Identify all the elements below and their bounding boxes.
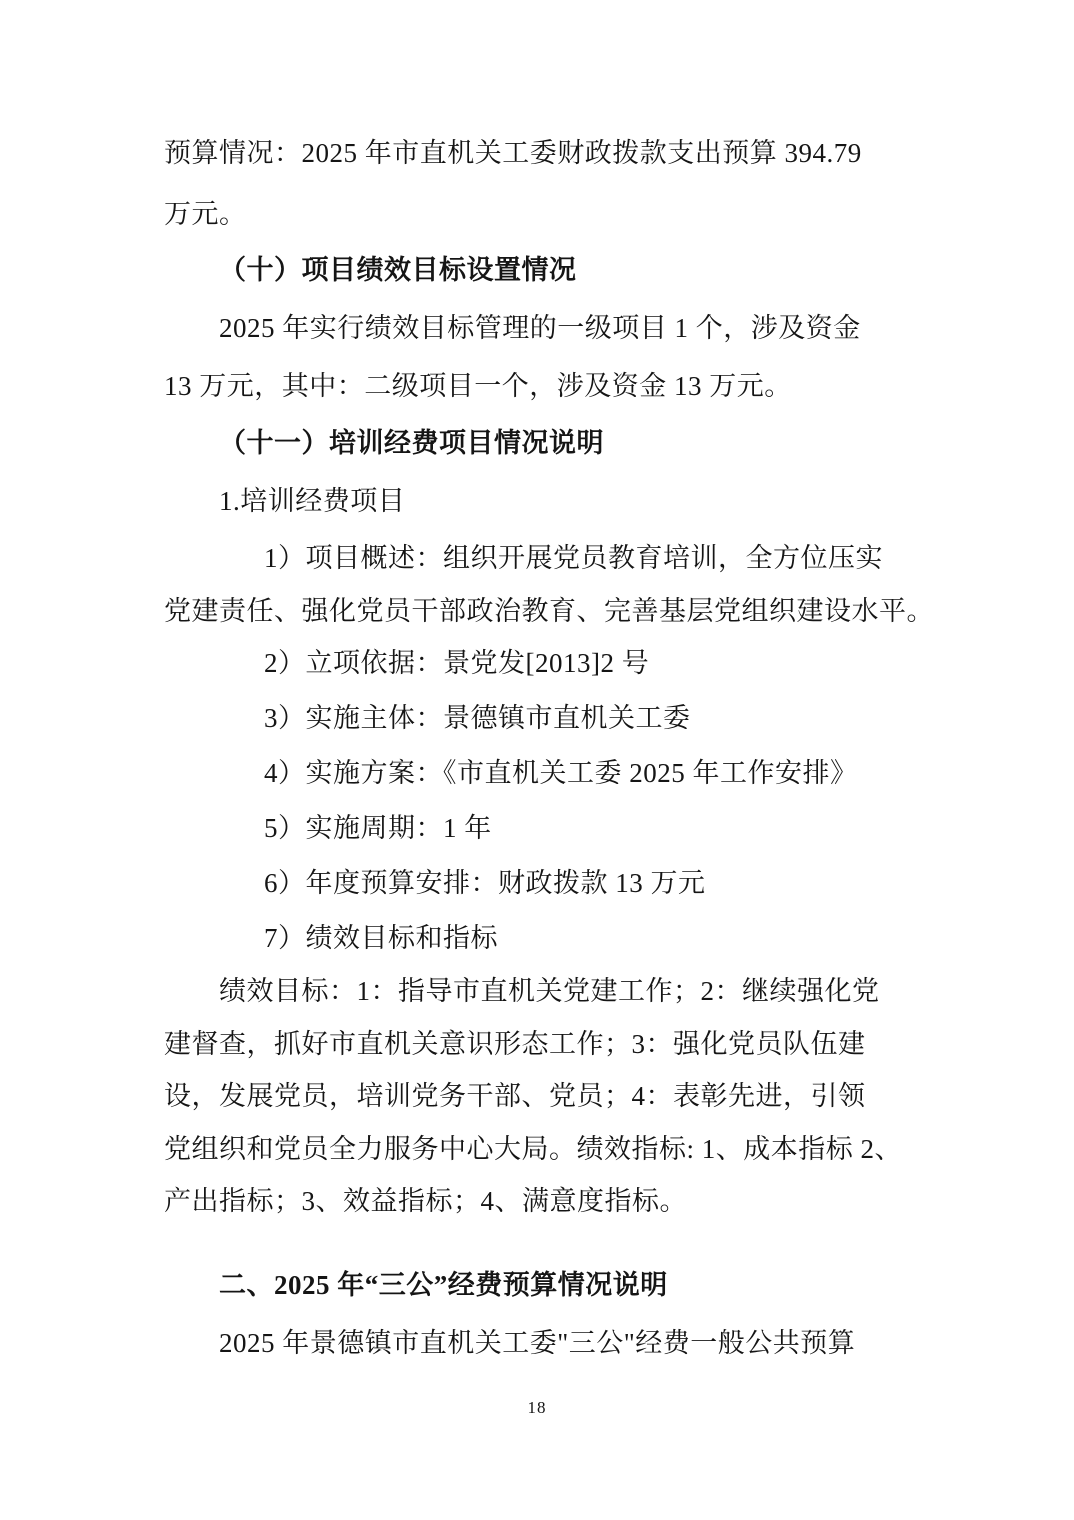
list-item-3: 3）实施主体：景德镇市直机关工委 xyxy=(264,700,691,736)
body-line: 党组织和党员全力服务中心大局。绩效指标: 1、成本指标 2、 xyxy=(164,1131,902,1167)
body-line: 万元。 xyxy=(164,196,247,232)
list-item-2: 2）立项依据：景党发[2013]2 号 xyxy=(264,645,649,681)
body-line: 预算情况：2025 年市直机关工委财政拨款支出预算 394.79 xyxy=(164,135,862,171)
body-line: 建督查，抓好市直机关意识形态工作；3：强化党员队伍建 xyxy=(164,1026,866,1062)
body-line: 1.培训经费项目 xyxy=(219,483,405,519)
list-item-6: 6）年度预算安排：财政拨款 13 万元 xyxy=(264,865,706,901)
body-line: 2025 年实行绩效目标管理的一级项目 1 个，涉及资金 xyxy=(219,310,861,346)
list-item-4: 4）实施方案：《市直机关工委 2025 年工作安排》 xyxy=(264,755,858,791)
document-page: 预算情况：2025 年市直机关工委财政拨款支出预算 394.79 万元。 （十）… xyxy=(0,0,1074,1520)
body-line: 绩效目标：1：指导市直机关党建工作；2：继续强化党 xyxy=(219,973,880,1009)
body-line: 设，发展党员，培训党务干部、党员；4：表彰先进，引领 xyxy=(164,1078,866,1114)
list-item-7: 7）绩效目标和指标 xyxy=(264,920,498,956)
heading-part-2: 二、2025 年“三公”经费预算情况说明 xyxy=(219,1267,668,1303)
body-line: 产出指标；3、效益指标；4、满意度指标。 xyxy=(164,1183,687,1219)
body-line: 党建责任、强化党员干部政治教育、完善基层党组织建设水平。 xyxy=(164,593,934,629)
page-number: 18 xyxy=(0,1398,1074,1418)
body-line: 2025 年景德镇市直机关工委"三公"经费一般公共预算 xyxy=(219,1325,855,1361)
body-line: 13 万元，其中：二级项目一个，涉及资金 13 万元。 xyxy=(164,368,792,404)
heading-section-10: （十）项目绩效目标设置情况 xyxy=(219,252,577,288)
list-item-5: 5）实施周期：1 年 xyxy=(264,810,492,846)
list-item-1: 1）项目概述：组织开展党员教育培训，全方位压实 xyxy=(264,540,883,576)
heading-section-11: （十一）培训经费项目情况说明 xyxy=(219,425,604,461)
